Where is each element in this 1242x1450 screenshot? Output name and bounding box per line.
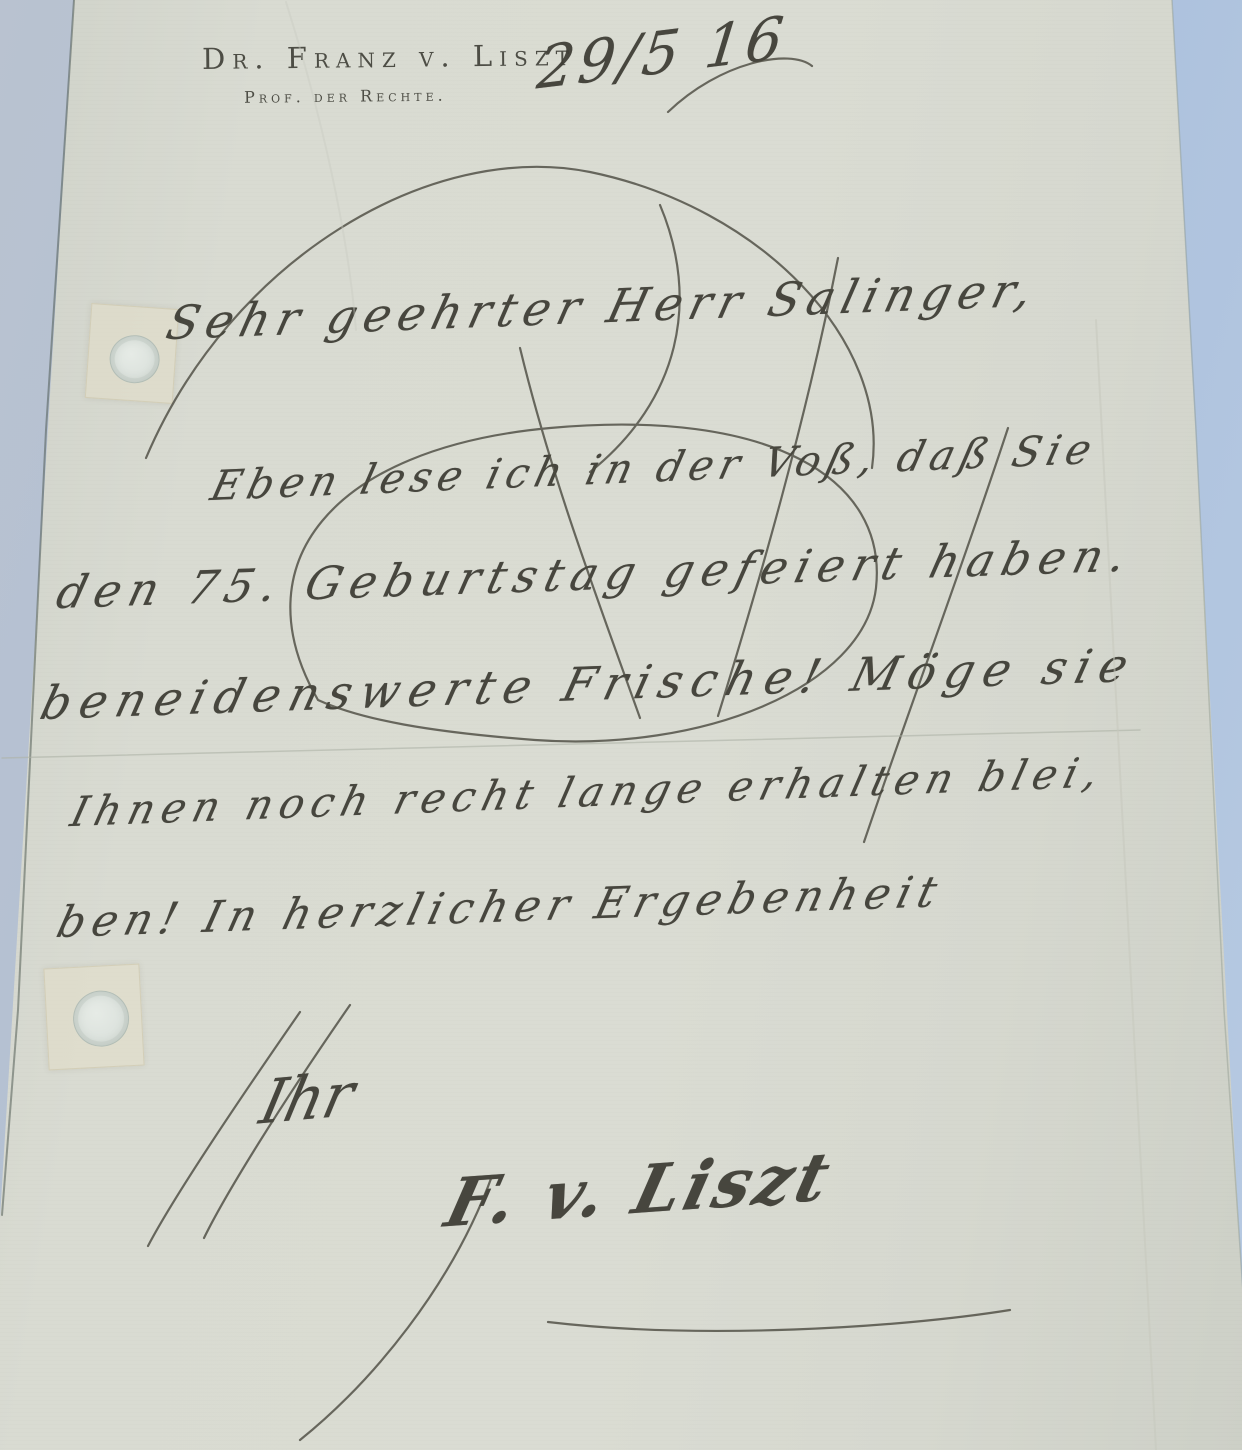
letterhead-name: Dr. Franz v. Liszt [202, 38, 576, 76]
letter-paper-sheet [0, 0, 1242, 1450]
valediction: Ihr [254, 1059, 361, 1139]
letterhead: Dr. Franz v. Liszt Prof. der Rechte. [202, 40, 576, 105]
adhesive-seal-patch-bottom [43, 964, 144, 1071]
photographed-letter: Dr. Franz v. Liszt Prof. der Rechte. 29/… [0, 0, 1242, 1450]
adhesive-seal-patch-top [85, 303, 179, 404]
letterhead-title: Prof. der Rechte. [244, 84, 576, 106]
embossed-seal-icon [108, 334, 161, 385]
embossed-seal-icon [72, 989, 131, 1048]
